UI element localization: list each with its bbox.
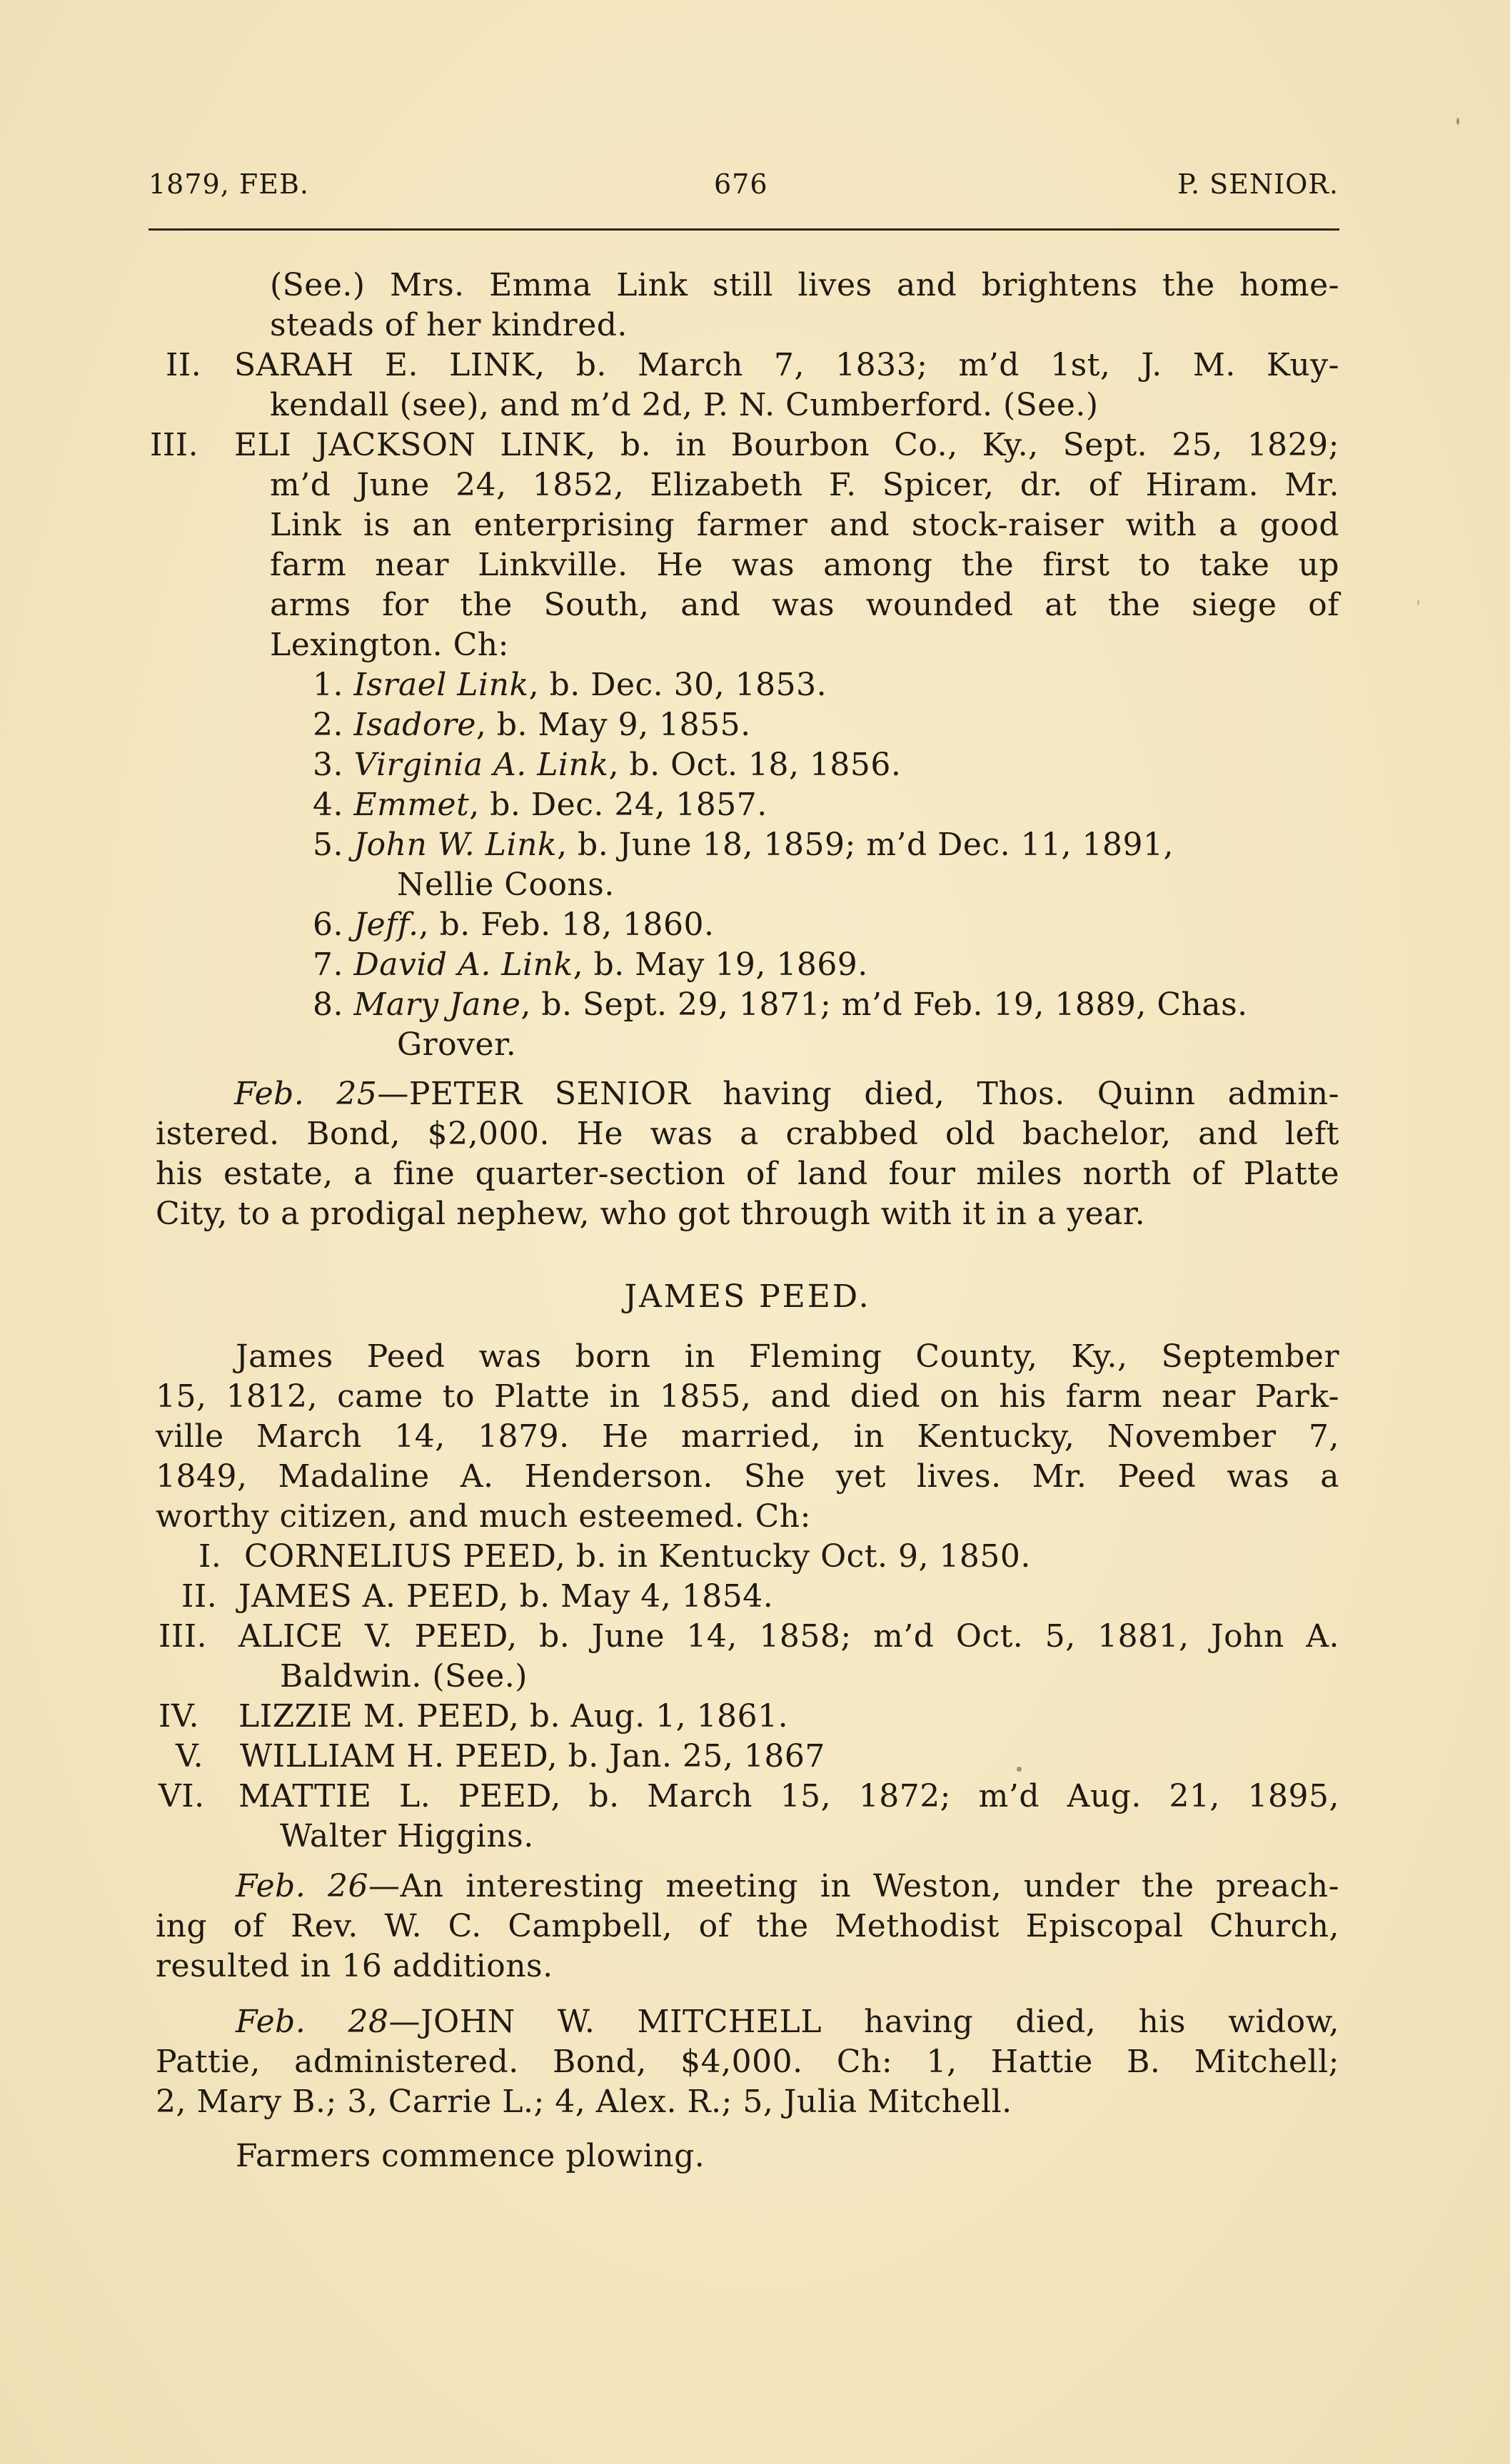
peed-child: LIZZIE M. PEED, b. Aug. 1, 1861. — [238, 1699, 788, 1735]
child-details: , b. June 18, 1859; m’d Dec. 11, 1891, — [557, 827, 1174, 863]
stray-period-mark — [1017, 1767, 1022, 1772]
running-header-title: P. SENIOR. — [1177, 168, 1339, 200]
section-heading: JAMES PEED. — [156, 1279, 1339, 1315]
entry-feb25-line: Feb. 25—PETER SENIOR having died, Thos. … — [234, 1076, 1339, 1112]
entry-numeral: II. — [166, 348, 201, 383]
entry-feb28-line: 2, Mary B.; 3, Carrie L.; 4, Alex. R.; 5… — [156, 2084, 1012, 2120]
entry-line: Lexington. Ch: — [270, 627, 509, 663]
child-item: 6. Jeff., b. Feb. 18, 1860. — [313, 907, 715, 943]
child-details: , b. Feb. 18, 1860. — [419, 907, 715, 943]
peed-child-continuation: Walter Higgins. — [280, 1819, 534, 1854]
closing-note: Farmers commence plowing. — [236, 2139, 705, 2174]
entry-feb25-line: his estate, a fine quarter-section of la… — [156, 1156, 1339, 1192]
peed-child-numeral: V. — [176, 1739, 203, 1774]
child-details: , b. Dec. 30, 1853. — [529, 667, 827, 703]
entry-date: Feb. 28 — [236, 2004, 389, 2040]
bio-line: James Peed was born in Fleming County, K… — [236, 1339, 1339, 1375]
child-name: Emmet — [353, 787, 469, 823]
entry-feb25-line: istered. Bond, $2,000. He was a crabbed … — [156, 1116, 1339, 1152]
child-item: 5. John W. Link, b. June 18, 1859; m’d D… — [313, 827, 1339, 863]
intro-line: steads of her kindred. — [270, 308, 628, 343]
entry-line: Link is an enterprising farmer and stock… — [270, 508, 1339, 543]
child-number: 1. — [313, 667, 343, 703]
entry-feb25-line: City, to a prodigal nephew, who got thro… — [156, 1196, 1145, 1232]
child-number: 7. — [313, 946, 343, 983]
entry-line: farm near Linkville. He was among the fi… — [270, 547, 1339, 583]
child-details: , b. May 19, 1869. — [573, 946, 868, 983]
peed-child: ALICE V. PEED, b. June 14, 1858; m’d Oct… — [238, 1619, 1339, 1655]
entry-line: SARAH E. LINK, b. March 7, 1833; m’d 1st… — [234, 348, 1339, 383]
peed-child: WILLIAM H. PEED, b. Jan. 25, 1867 — [240, 1739, 825, 1774]
page-number: 676 — [714, 168, 768, 200]
peed-child: JAMES A. PEED, b. May 4, 1854. — [238, 1579, 773, 1615]
bio-line: worthy citizen, and much esteemed. Ch: — [156, 1499, 811, 1535]
child-details: , b. Dec. 24, 1857. — [469, 787, 767, 823]
entry-line: kendall (see), and m’d 2d, P. N. Cumberf… — [270, 388, 1099, 423]
child-number: 2. — [313, 707, 343, 743]
entry-feb26-line: Feb. 26—An interesting meeting in Weston… — [236, 1869, 1339, 1904]
child-details: , b. Oct. 18, 1856. — [609, 747, 902, 783]
child-number: 5. — [313, 827, 343, 863]
child-number: 3. — [313, 747, 343, 783]
bio-line: 15, 1812, came to Platte in 1855, and di… — [156, 1379, 1339, 1415]
child-item: 7. David A. Link, b. May 19, 1869. — [313, 947, 868, 983]
child-name: Isadore — [353, 707, 475, 743]
peed-child-numeral: IV. — [158, 1699, 199, 1735]
child-name: John W. Link — [353, 827, 557, 863]
child-item: 8. Mary Jane, b. Sept. 29, 1871; m’d Feb… — [313, 987, 1248, 1023]
child-continuation: Grover. — [397, 1027, 516, 1063]
child-item: 3. Virginia A. Link, b. Oct. 18, 1856. — [313, 747, 901, 783]
entry-feb28-line: Feb. 28—JOHN W. MITCHELL having died, hi… — [236, 2004, 1339, 2040]
entry-numeral: III. — [150, 428, 198, 463]
child-name: Virginia A. Link — [353, 747, 608, 783]
header-rule — [149, 228, 1339, 231]
child-continuation: Nellie Coons. — [397, 867, 615, 903]
book-page: 1879, FEB. 676 P. SENIOR. (See.) Mrs. Em… — [0, 0, 1510, 2464]
child-number: 8. — [313, 986, 343, 1023]
peed-child-continuation: Baldwin. (See.) — [280, 1659, 528, 1695]
entry-line: arms for the South, and was wounded at t… — [270, 587, 1339, 623]
peed-child: CORNELIUS PEED, b. in Kentucky Oct. 9, 1… — [244, 1539, 1031, 1575]
running-header-date: 1879, FEB. — [149, 168, 309, 200]
child-item: 1. Israel Link, b. Dec. 30, 1853. — [313, 667, 827, 703]
child-item: 2. Isadore, b. May 9, 1855. — [313, 707, 751, 743]
child-number: 4. — [313, 787, 343, 823]
child-name: Israel Link — [353, 667, 528, 703]
child-number: 6. — [313, 907, 343, 943]
child-name: Mary Jane — [353, 986, 520, 1023]
child-name: Jeff. — [353, 907, 418, 943]
bio-line: 1849, Madaline A. Henderson. She yet liv… — [156, 1459, 1339, 1495]
peed-child-numeral: I. — [198, 1539, 221, 1575]
entry-date: Feb. 25 — [234, 1076, 377, 1112]
intro-line: (See.) Mrs. Emma Link still lives and br… — [270, 268, 1339, 303]
peed-child-numeral: II. — [181, 1579, 217, 1615]
bio-line: ville March 14, 1879. He married, in Ken… — [156, 1419, 1339, 1455]
child-details: , b. May 9, 1855. — [476, 707, 751, 743]
paper-speck — [1417, 600, 1419, 605]
child-name: David A. Link — [353, 946, 573, 983]
child-details: , b. Sept. 29, 1871; m’d Feb. 19, 1889, … — [520, 986, 1247, 1023]
entry-feb26-line: ing of Rev. W. C. Campbell, of the Metho… — [156, 1909, 1339, 1944]
paper-speck — [1456, 118, 1459, 125]
child-item: 4. Emmet, b. Dec. 24, 1857. — [313, 787, 767, 823]
entry-feb26-line: resulted in 16 additions. — [156, 1949, 553, 1984]
peed-child-numeral: III. — [158, 1619, 207, 1655]
peed-child: MATTIE L. PEED, b. March 15, 1872; m’d A… — [238, 1779, 1339, 1814]
entry-feb28-line: Pattie, administered. Bond, $4,000. Ch: … — [156, 2044, 1339, 2080]
entry-date: Feb. 26 — [236, 1868, 368, 1904]
entry-line: m’d June 24, 1852, Elizabeth F. Spicer, … — [270, 468, 1339, 503]
peed-child-numeral: VI. — [158, 1779, 205, 1814]
entry-line: ELI JACKSON LINK, b. in Bourbon Co., Ky.… — [234, 428, 1339, 463]
